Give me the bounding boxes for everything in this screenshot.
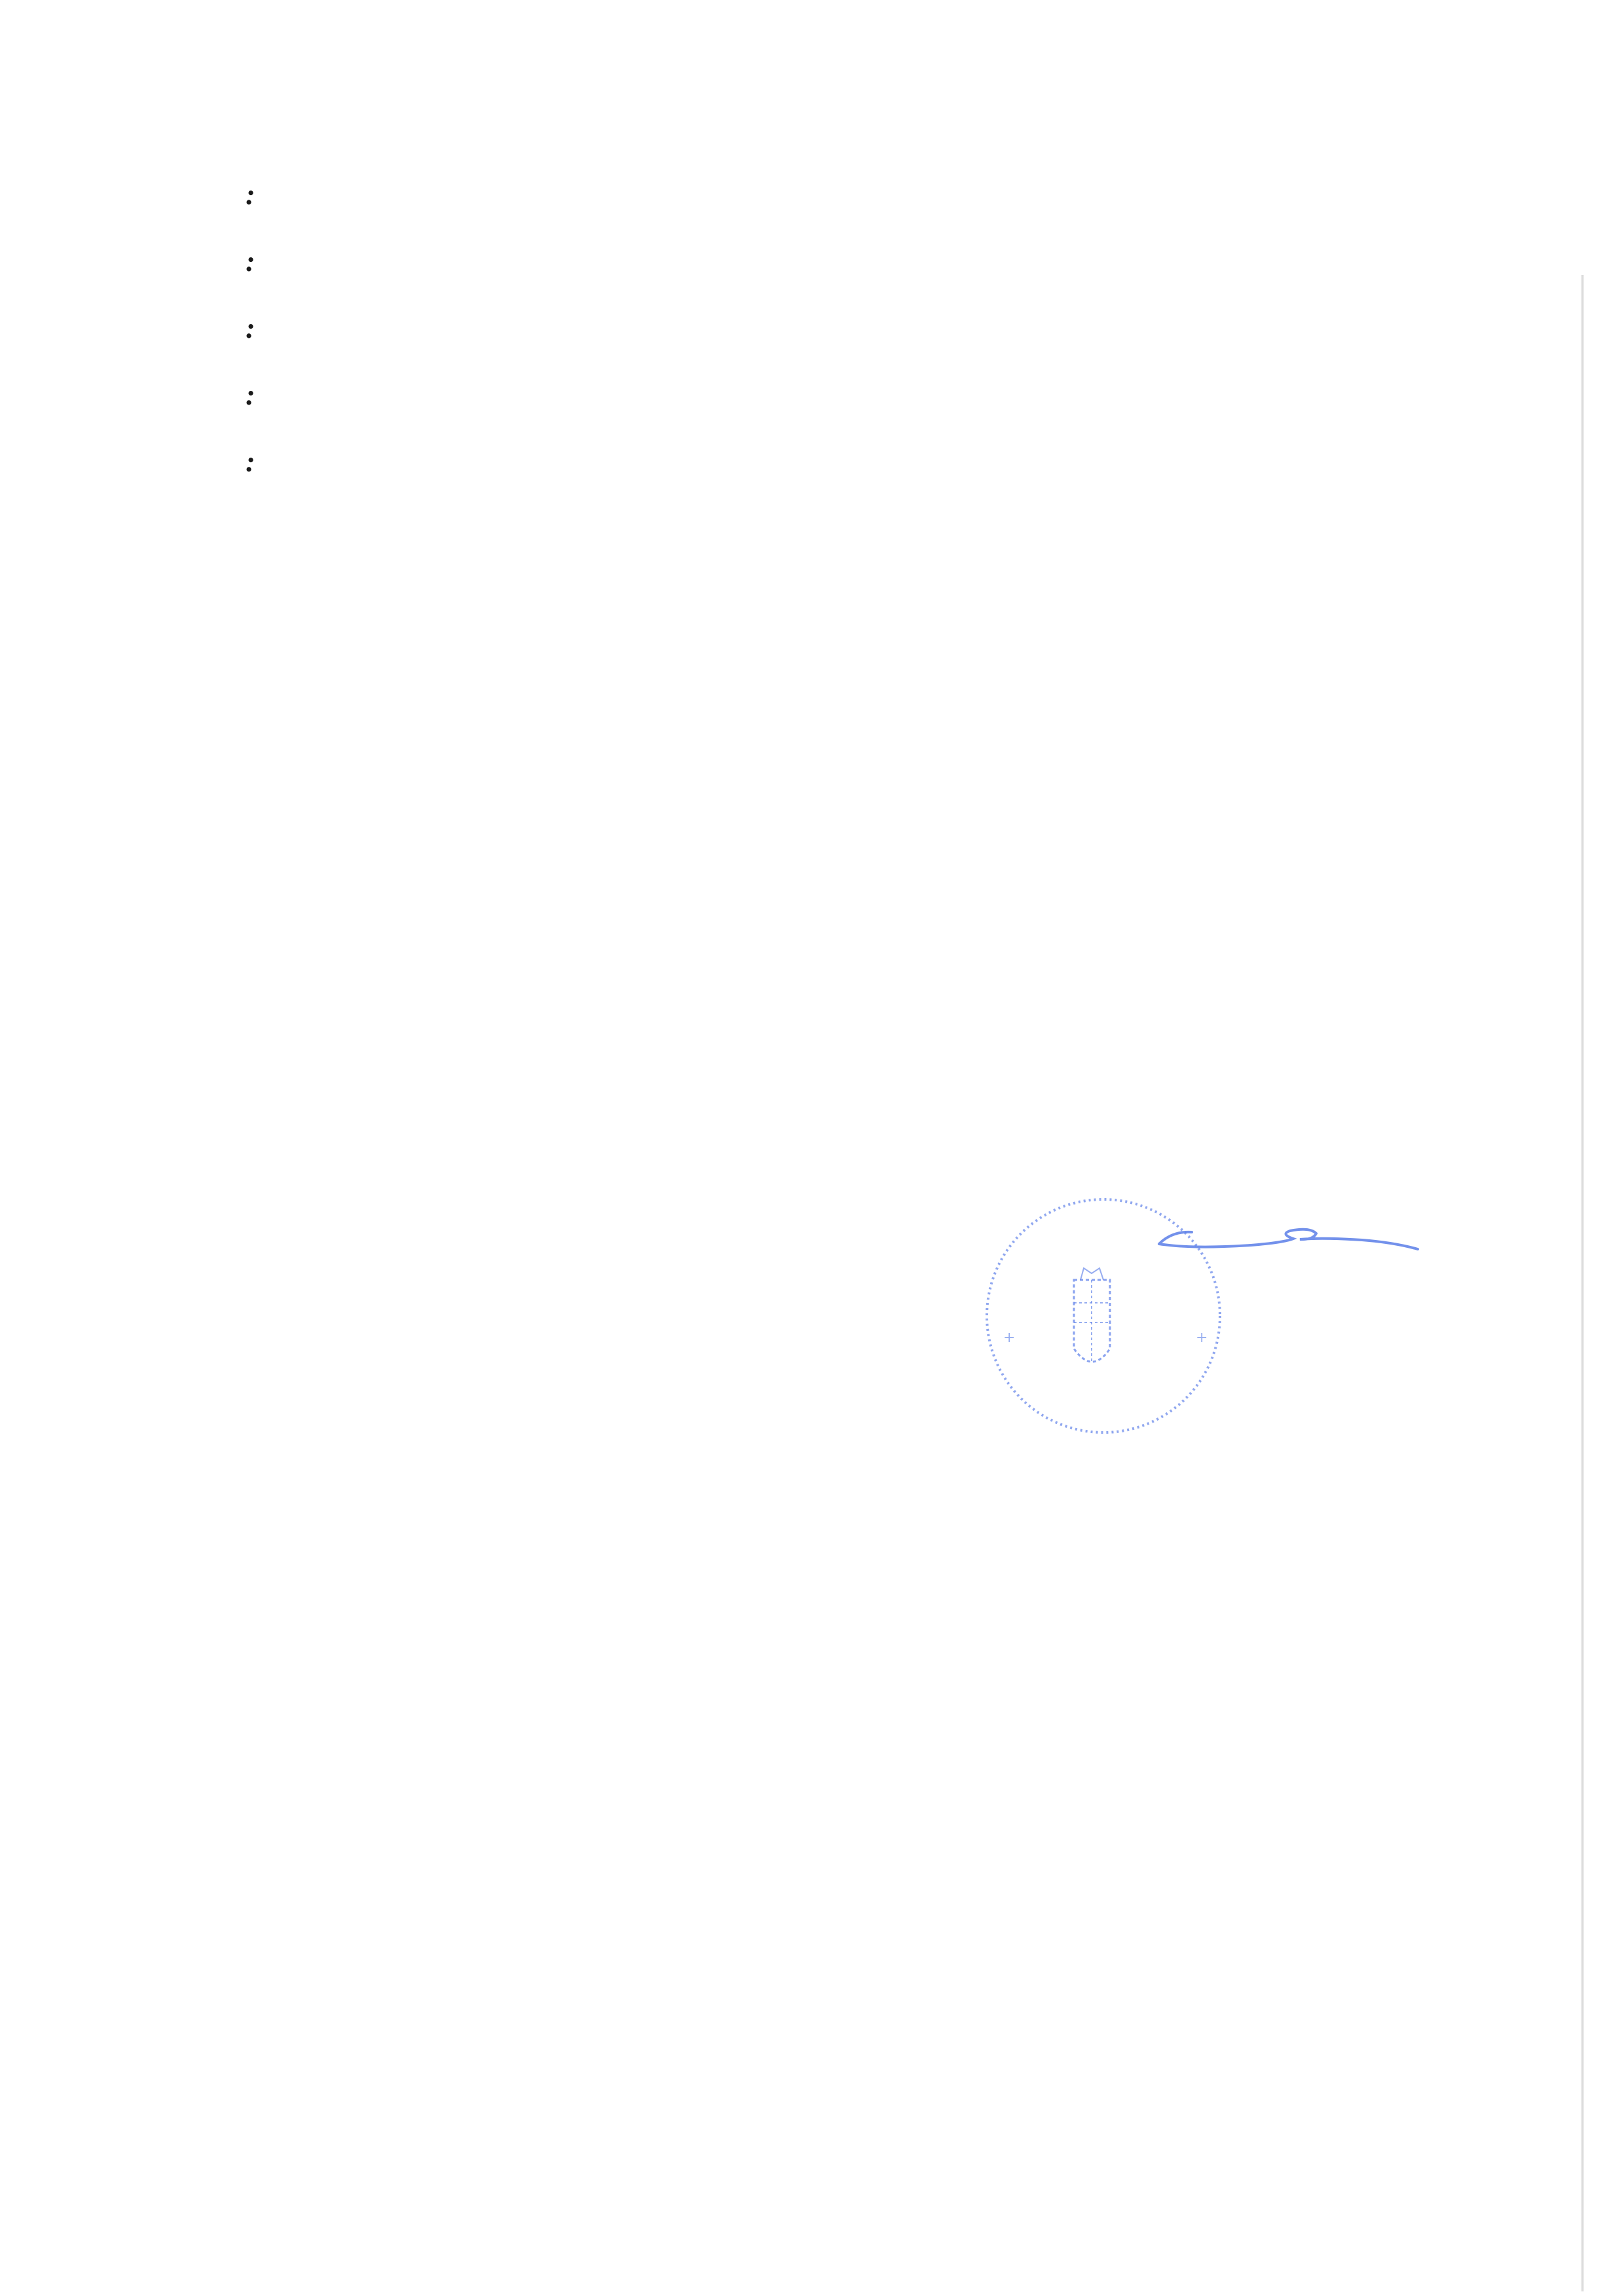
presenter-line: : — [246, 245, 1423, 279]
agenda-list: : : : : : — [180, 178, 1423, 512]
svg-text:+: + — [1003, 1330, 1015, 1346]
presenter-line: : — [246, 445, 1423, 479]
svg-text:+: + — [1196, 1330, 1208, 1346]
scan-edge-line — [1581, 275, 1584, 2291]
agenda-item-14: : — [180, 445, 1423, 479]
presenter-line: : — [246, 378, 1423, 412]
agenda-item-13: : — [180, 378, 1423, 412]
agenda-item-11: : — [180, 245, 1423, 279]
presenter-line: : — [246, 178, 1423, 212]
handwritten-signature-icon — [1153, 1218, 1428, 1270]
agenda-item-12: : — [180, 312, 1423, 346]
presenter-line: : — [246, 312, 1423, 346]
document-page: : : : : : — [0, 0, 1624, 2296]
agenda-item-10: : — [180, 178, 1423, 212]
